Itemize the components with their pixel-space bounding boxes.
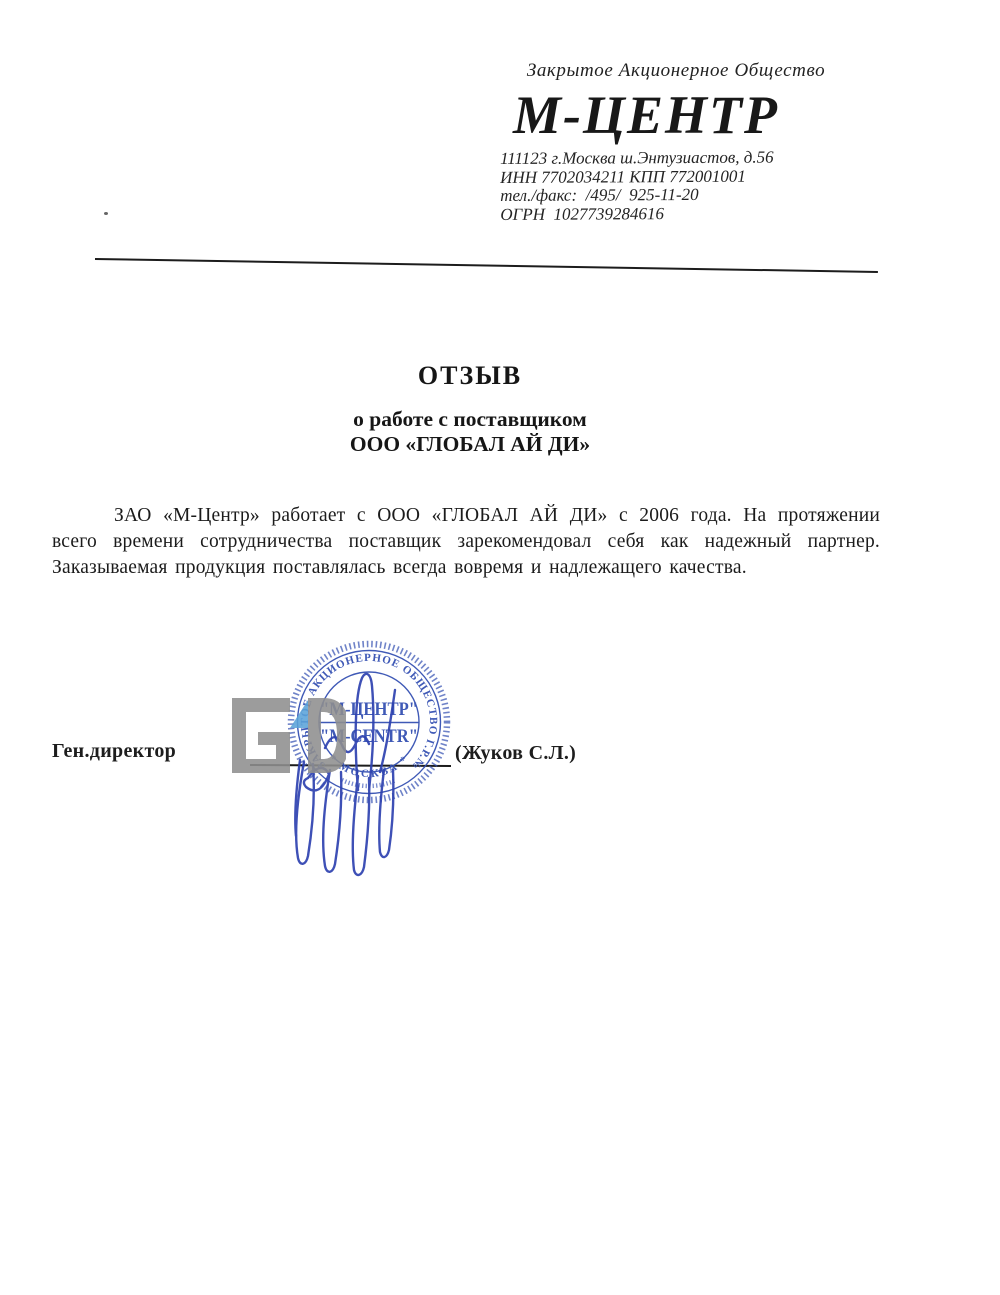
document-subtitle: о работе с поставщиком ООО «ГЛОБАЛ АЙ ДИ…	[0, 407, 940, 456]
letterhead-address-block: 111123 г.Москва ш.Энтузиастов, д.56 ИНН …	[500, 148, 830, 224]
gid-watermark-letter-d	[308, 698, 346, 773]
phone-fax-line: тел./факс: /495/ 925-11-20	[500, 185, 830, 205]
scan-artifact-dot	[104, 212, 108, 215]
company-name: М-ЦЕНТР	[496, 88, 796, 142]
signature-stroke	[380, 690, 395, 772]
signature-stroke	[356, 674, 374, 790]
signature-stroke	[353, 776, 369, 875]
org-type-line: Закрытое Акционерное Общество	[520, 60, 832, 82]
signature-stroke	[379, 770, 393, 857]
body-paragraph: ЗАО «М-Центр» работает с ООО «ГЛОБАЛ АЙ …	[52, 503, 880, 580]
signature-stroke	[323, 770, 341, 872]
address-line: 111123 г.Москва ш.Энтузиастов, д.56	[500, 148, 830, 168]
document-title: ОТЗЫВ	[0, 361, 940, 391]
gid-watermark	[230, 690, 346, 778]
letterhead-divider-rule	[95, 258, 878, 273]
subtitle-line-1: о работе с поставщиком	[0, 407, 940, 432]
gid-watermark-blue-accent	[290, 700, 308, 728]
gid-watermark-letter-g	[232, 698, 290, 773]
inn-kpp-line: ИНН 7702034211 КПП 772001001	[500, 167, 830, 187]
signer-position-label: Ген.директор	[52, 740, 176, 763]
scanned-letter-page: Закрытое Акционерное Общество М-ЦЕНТР 11…	[0, 0, 1000, 1295]
subtitle-line-2: ООО «ГЛОБАЛ АЙ ДИ»	[0, 432, 940, 457]
ogrn-line: ОГРН 1027739284616	[500, 204, 830, 224]
